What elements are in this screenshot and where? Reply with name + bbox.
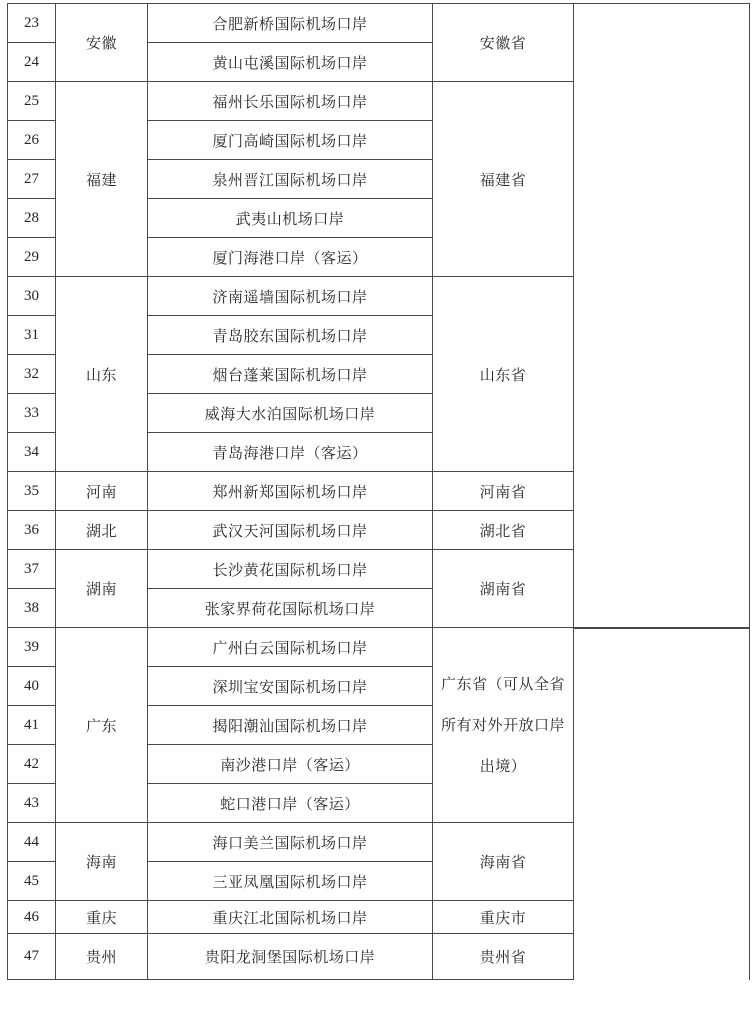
- scope-cell: 重庆市: [433, 901, 574, 934]
- row-number-cell: 28: [8, 199, 56, 238]
- port-cell: 深圳宝安国际机场口岸: [148, 667, 433, 706]
- scope-cell: 广东省（可从全省所有对外开放口岸出境）: [433, 628, 574, 823]
- exit-ports-table: 23安徽合肥新桥国际机场口岸安徽省24黄山屯溪国际机场口岸25福建福州长乐国际机…: [7, 3, 750, 980]
- row-number-cell: 40: [8, 667, 56, 706]
- remark-cell-bottom: [574, 628, 750, 980]
- row-number-cell: 36: [8, 511, 56, 550]
- row-number-cell: 44: [8, 823, 56, 862]
- row-number-cell: 34: [8, 433, 56, 472]
- port-cell: 揭阳潮汕国际机场口岸: [148, 706, 433, 745]
- row-number-cell: 37: [8, 550, 56, 589]
- table-row: 23安徽合肥新桥国际机场口岸安徽省: [8, 4, 750, 43]
- row-number-cell: 29: [8, 238, 56, 277]
- port-cell: 青岛海港口岸（客运）: [148, 433, 433, 472]
- scope-cell: 安徽省: [433, 4, 574, 82]
- scope-cell: 海南省: [433, 823, 574, 901]
- port-cell: 贵阳龙洞堡国际机场口岸: [148, 934, 433, 980]
- row-number-cell: 26: [8, 121, 56, 160]
- row-number-cell: 24: [8, 43, 56, 82]
- province-cell: 重庆: [56, 901, 148, 934]
- port-cell: 泉州晋江国际机场口岸: [148, 160, 433, 199]
- province-cell: 安徽: [56, 4, 148, 82]
- row-number-cell: 31: [8, 316, 56, 355]
- port-cell: 蛇口港口岸（客运）: [148, 784, 433, 823]
- port-cell: 青岛胶东国际机场口岸: [148, 316, 433, 355]
- scope-cell: 湖北省: [433, 511, 574, 550]
- port-cell: 南沙港口岸（客运）: [148, 745, 433, 784]
- port-cell: 重庆江北国际机场口岸: [148, 901, 433, 934]
- province-cell: 河南: [56, 472, 148, 511]
- port-cell: 武夷山机场口岸: [148, 199, 433, 238]
- row-number-cell: 35: [8, 472, 56, 511]
- province-cell: 广东: [56, 628, 148, 823]
- province-cell: 福建: [56, 82, 148, 277]
- port-cell: 郑州新郑国际机场口岸: [148, 472, 433, 511]
- scope-cell: 湖南省: [433, 550, 574, 628]
- row-number-cell: 39: [8, 628, 56, 667]
- port-cell: 海口美兰国际机场口岸: [148, 823, 433, 862]
- port-cell: 厦门高崎国际机场口岸: [148, 121, 433, 160]
- row-number-cell: 33: [8, 394, 56, 433]
- row-number-cell: 47: [8, 934, 56, 980]
- province-cell: 湖北: [56, 511, 148, 550]
- row-number-cell: 25: [8, 82, 56, 121]
- scope-cell: 山东省: [433, 277, 574, 472]
- table-row: 39广东广州白云国际机场口岸广东省（可从全省所有对外开放口岸出境）: [8, 628, 750, 667]
- port-cell: 长沙黄花国际机场口岸: [148, 550, 433, 589]
- document-page: 23安徽合肥新桥国际机场口岸安徽省24黄山屯溪国际机场口岸25福建福州长乐国际机…: [0, 0, 752, 1024]
- port-cell: 合肥新桥国际机场口岸: [148, 4, 433, 43]
- row-number-cell: 42: [8, 745, 56, 784]
- port-cell: 威海大水泊国际机场口岸: [148, 394, 433, 433]
- scope-cell: 贵州省: [433, 934, 574, 980]
- province-cell: 贵州: [56, 934, 148, 980]
- port-cell: 济南遥墙国际机场口岸: [148, 277, 433, 316]
- port-cell: 广州白云国际机场口岸: [148, 628, 433, 667]
- scope-cell: 福建省: [433, 82, 574, 277]
- port-cell: 烟台蓬莱国际机场口岸: [148, 355, 433, 394]
- port-cell: 厦门海港口岸（客运）: [148, 238, 433, 277]
- row-number-cell: 27: [8, 160, 56, 199]
- row-number-cell: 30: [8, 277, 56, 316]
- port-cell: 张家界荷花国际机场口岸: [148, 589, 433, 628]
- province-cell: 山东: [56, 277, 148, 472]
- port-cell: 武汉天河国际机场口岸: [148, 511, 433, 550]
- province-cell: 湖南: [56, 550, 148, 628]
- row-number-cell: 41: [8, 706, 56, 745]
- row-number-cell: 43: [8, 784, 56, 823]
- port-cell: 福州长乐国际机场口岸: [148, 82, 433, 121]
- row-number-cell: 32: [8, 355, 56, 394]
- port-cell: 黄山屯溪国际机场口岸: [148, 43, 433, 82]
- province-cell: 海南: [56, 823, 148, 901]
- remark-cell-top: [574, 4, 750, 628]
- row-number-cell: 23: [8, 4, 56, 43]
- row-number-cell: 46: [8, 901, 56, 934]
- row-number-cell: 38: [8, 589, 56, 628]
- port-cell: 三亚凤凰国际机场口岸: [148, 862, 433, 901]
- row-number-cell: 45: [8, 862, 56, 901]
- scope-cell: 河南省: [433, 472, 574, 511]
